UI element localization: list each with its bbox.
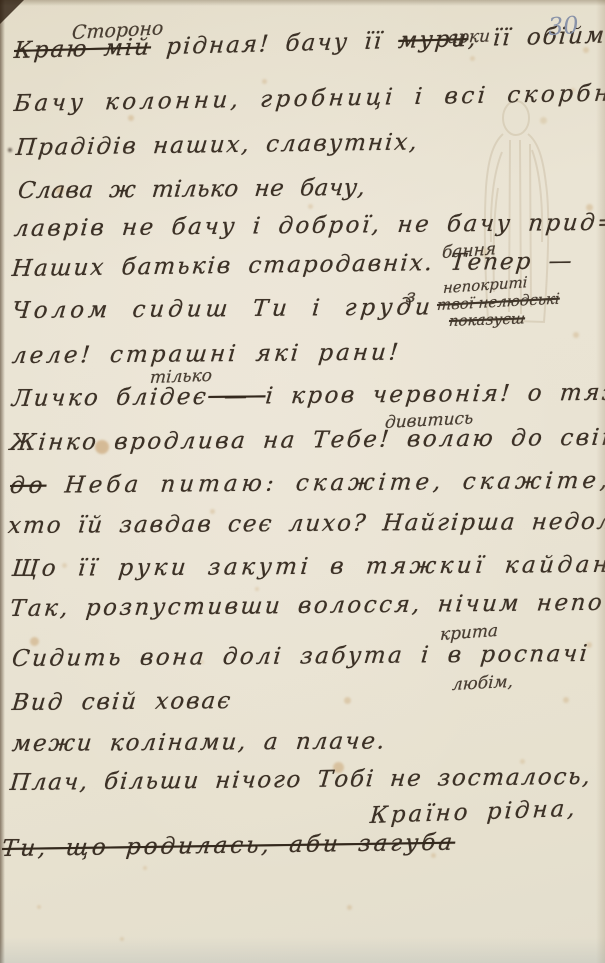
interline-insertion: крита — [440, 621, 499, 645]
paper-stain — [128, 115, 134, 121]
text-segment: Неба питаю: скажіте, скажіте, — [45, 468, 605, 499]
paper-stain — [262, 79, 267, 84]
paper-stain — [347, 905, 352, 910]
manuscript-line: леле! страшні які рани! — [11, 342, 402, 368]
page-number: 30 — [547, 11, 579, 41]
interline-insertion: показуєш — [448, 309, 525, 330]
interline-insertion: арки — [447, 26, 491, 48]
text-segment: Плач, більши нічого Тобі не зосталось, — [9, 764, 593, 796]
paper-stain — [573, 332, 579, 338]
text-segment: Слава ж тілько не бачу, — [17, 175, 367, 204]
manuscript-line: Плач, більши нічого Тобі не зосталось, — [9, 766, 593, 795]
text-segment: і кров червонія! о тяжко — [264, 379, 605, 409]
scan-edge-left — [0, 0, 5, 963]
paper-stain — [520, 759, 525, 764]
paper-stain — [255, 587, 259, 591]
manuscript-line: лаврів не бачу і доброї, не бачу прид= — [13, 212, 605, 241]
manuscript-line: хто їй завдав сеє лихо? Найгірша недоля, — [7, 511, 605, 538]
paper-stain — [308, 204, 313, 209]
scan-edge-top — [0, 0, 605, 6]
struck-text: до — [9, 473, 48, 499]
manuscript-line: Так, розпустивши волосся, нічим непо: — [9, 592, 605, 621]
manuscript-line: Країно рідна, — [369, 798, 578, 828]
text-segment: Так, розпустивши волосся, нічим непо: — [9, 590, 605, 622]
manuscript-line: Ти, що родилась, аби загуба — [1, 832, 456, 861]
manuscript-line: Слава ж тілько не бачу, — [17, 177, 367, 203]
paper-stain — [143, 866, 147, 870]
text-segment: хто їй завдав сеє лихо? Найгірша недоля, — [7, 509, 605, 539]
manuscript-line: межи колінами, а плаче. — [11, 730, 388, 756]
struck-text: Ти, що родилась, аби загуба — [1, 830, 456, 862]
text-segment: Що її руки закуті в тяжкиї кайдани; — [11, 552, 605, 582]
scan-corner-dark — [0, 0, 24, 24]
manuscript-line: Прадідів наших, славутніх, — [15, 131, 420, 160]
text-segment: леле! страшні які рани! — [11, 340, 403, 369]
scan-edge-right — [596, 0, 605, 963]
paper-stain — [470, 56, 475, 61]
text-segment: Вид свій ховає — [11, 688, 234, 716]
paper-stain — [563, 697, 569, 703]
struck-text: — — [207, 383, 267, 410]
paper-stain — [37, 905, 41, 909]
paper-stain — [344, 697, 351, 704]
text-segment: Прадідів наших, славутніх, — [15, 129, 420, 161]
text-segment: рідная! бачу її — [150, 28, 399, 61]
manuscript-line: Личко блідеє — і кров червонія! о тяжко — [11, 381, 605, 411]
manuscript-line: до Неба питаю: скажіте, скажіте, — [9, 470, 605, 498]
interline-insertion: тілько — [149, 366, 212, 388]
text-segment: Країно рідна, — [369, 796, 578, 829]
text-segment: Личко блідеє — [11, 384, 210, 412]
paper-stain — [30, 637, 39, 646]
interline-insertion: бання — [442, 239, 497, 263]
manuscript-line: Жінко вродлива на Тебе! волаю до світа — [9, 426, 605, 455]
paper-stain — [540, 117, 547, 124]
manuscript-line: Чолом сидиш Ти і груди — [11, 296, 435, 323]
scan-edge-bottom — [0, 937, 605, 963]
interline-insertion: любім, — [451, 672, 513, 695]
manuscript-line: Сидить вона долі забута і в роспачі — [11, 643, 591, 671]
text-segment: Чолом сидиш Ти і груди — [11, 294, 435, 324]
text-segment: Сидить вона долі забута і в роспачі — [11, 641, 591, 672]
text-segment: межи колінами, а плаче. — [11, 728, 388, 757]
text-segment: Жінко вродлива на Тебе! волаю до світа — [9, 424, 605, 456]
paper-stain — [8, 148, 12, 152]
interline-insertion: з — [405, 286, 417, 307]
manuscript-line: Що її руки закуті в тяжкиї кайдани; — [11, 554, 605, 581]
manuscript-page: 30 Краю мій рідная! бачу її мури, її обі… — [0, 0, 605, 963]
manuscript-line: Вид свій ховає — [11, 690, 233, 715]
